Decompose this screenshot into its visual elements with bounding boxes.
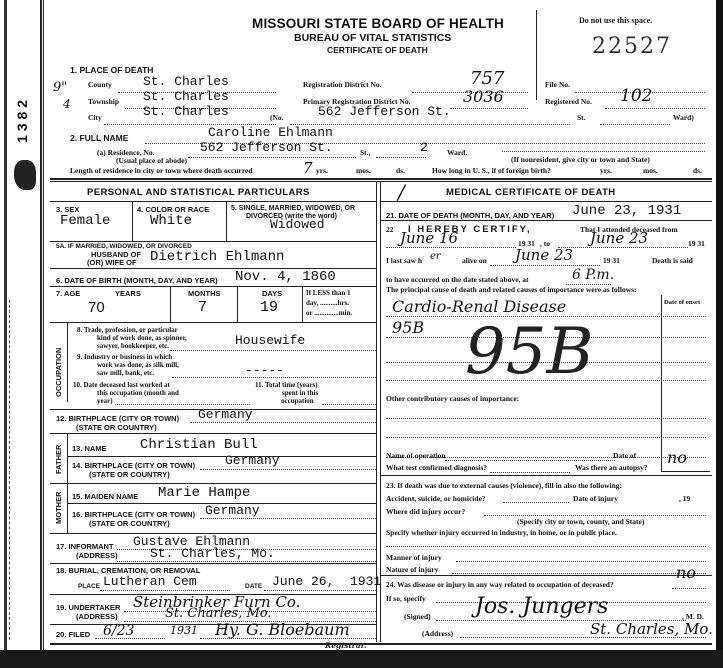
age-years-label: YEARS [115,289,141,298]
form-subtitle: BUREAU OF VITAL STATISTICS [294,32,451,44]
scan-bottom-edge [0,650,723,668]
last-worked-label-3: year) [97,397,113,405]
registered-no-label: Registered No. [545,97,592,106]
full-name-label: 2. FULL NAME [70,133,128,143]
age-days-label: DAYS [262,289,282,298]
form-left-border-inner [43,0,44,650]
occurred-label: to have occurred on the date stated abov… [386,275,529,284]
nature-label: Nature of injury [386,565,438,574]
alive-on-label: alive on [462,256,487,265]
form-name: CERTIFICATE OF DEATH [327,45,428,55]
where-injury-label: Where did injury occur? [386,507,465,516]
age-months-field[interactable]: 7 [198,299,207,316]
burial-date-label: DATE [245,583,262,590]
color-field[interactable]: White [150,213,192,229]
trade-field[interactable]: Housewife [235,333,305,348]
father-side-label: FATHER [54,438,63,480]
mother-name-label: 15. MAIDEN NAME [72,492,138,501]
form-left-border [40,0,42,650]
filed-date-field[interactable]: 6/23 [103,623,134,639]
total-time-label-3: occupation [281,397,314,405]
personal-section-title: PERSONAL AND STATISTICAL PARTICULARS [87,187,310,198]
last-saw-pronoun[interactable]: er [430,251,441,262]
last-saw-label: I last saw h [386,256,422,265]
medical-section-title: MEDICAL CERTIFICATE OF DEATH [446,187,616,198]
margin-edge-line [4,0,7,650]
physician-address-field[interactable]: St. Charles, Mo. [590,620,713,638]
cause-code-large: 95B [465,320,593,384]
test-label: What test confirmed diagnosis? [386,463,487,472]
us-yrs-label: yrs. [600,166,612,175]
date-of-death-field[interactable]: June 23, 1931 [572,203,681,219]
birthplace-field[interactable]: Germany [198,407,253,422]
attended-from-field[interactable]: June 16 [400,229,458,247]
occupation-side-label: OCCUPATION [54,332,63,412]
header-bottom-rule [50,178,712,180]
last-worked-label: 10. Date deceased last worked at [73,381,170,389]
mother-side-label: MOTHER [54,485,63,531]
industry-label: 9. Industry or business in which [77,353,172,361]
do-not-use-note: Do not use this space. [579,16,652,25]
injury-place-note: Specify whether injury occurred in indus… [386,528,617,537]
total-time-label-2: spent in this [282,389,318,397]
form-bottom-rule [50,643,712,645]
length-ds-label: ds. [396,166,405,175]
margin-faded-text [9,300,11,640]
binding-margin: 1 3 8 2 [0,0,40,650]
burial-place-field[interactable]: Lutheran Cem [103,574,197,589]
autopsy-label: Was there an autopsy? [575,463,648,472]
injury-year-label: , 19 [679,494,690,503]
onset-column [661,295,710,472]
scan-right-edge [716,0,723,668]
county-field[interactable]: St. Charles [143,74,229,89]
father-name-label: 13. NAME [72,444,107,453]
registration-district-field[interactable]: 757 [470,68,504,89]
undertaker-sublabel: (ADDRESS) [76,612,118,621]
less-hours-label: day, ..........hrs. [306,299,349,307]
age-label: 7. AGE [56,289,80,298]
industry-field[interactable]: ----- [245,363,284,378]
father-name-field[interactable]: Christian Bull [140,437,258,453]
less-than-label: If LESS than 1 [306,289,351,297]
injury-date-label: Date of injury [573,494,618,503]
less-minutes-label: or ..............min. [306,309,352,317]
dob-label: 6. DATE OF BIRTH (MONTH, DAY, AND YEAR) [56,276,218,285]
father-birthplace-label: 14. BIRTHPLACE (CITY OR TOWN) [72,461,195,470]
autopsy-field[interactable]: no [667,448,687,467]
residence-ward-label: Ward. [447,148,467,157]
alive-on-year: 19 31 [603,256,620,265]
township-label: Township [88,97,119,106]
spouse-wife-label: (OR) WIFE OF [87,258,137,267]
cause-code-small: 95B [392,318,424,337]
us-mos-label: mos. [643,166,658,175]
sex-field[interactable]: Female [60,213,110,229]
date-of-death-label: 21. DATE OF DEATH (MONTH, DAY, AND YEAR) [386,211,554,220]
county-label: County [88,80,112,89]
filed-label: 20. FILED [56,630,90,639]
residence-sublabel: (Usual place of abode) [116,156,187,165]
certify-number: 22 [386,225,394,234]
contributory-label: Other contributory causes of importance: [386,394,519,403]
file-no-label: File No. [545,80,570,89]
undertaker-address-field[interactable]: St. Charles, Mo. [165,606,272,621]
last-worked-label-2: this occupation (month and [97,389,179,397]
length-mos-label: mos. [356,166,371,175]
birthplace-label: 12. BIRTHPLACE (CITY OR TOWN) [56,414,179,423]
age-days-field[interactable]: 19 [260,299,278,316]
mother-name-field[interactable]: Marie Hampe [158,485,250,501]
manner-label: Manner of injury [386,553,442,562]
father-birthplace-field[interactable]: Germany [225,453,280,468]
residence-field[interactable]: 562 Jefferson St. [200,140,333,155]
mother-birthplace-label: 16. BIRTHPLACE (CITY OR TOWN) [72,510,195,519]
primary-registration-label: Primary Registration District No. [303,97,410,106]
place-of-death-label: 1. PLACE OF DEATH [70,65,153,75]
length-yrs-label: yrs. [316,166,328,175]
marital-field[interactable]: Widowed [270,217,325,232]
length-years-field[interactable]: 7 [303,159,313,177]
mother-birthplace-sublabel: (STATE OR COUNTRY) [89,519,170,528]
age-months-label: MONTHS [188,289,221,298]
street-st-label: St. [577,113,586,122]
spouse-field[interactable]: Dietrich Ehlmann [150,249,284,265]
informant-address-field[interactable]: St. Charles, Mo. [150,546,275,561]
death-said-label: Death is said [652,256,693,265]
mother-birthplace-field[interactable]: Germany [205,503,260,518]
accident-label: Accident, suicide, or homicide? [386,494,486,503]
registered-no-field[interactable]: 102 [620,86,652,106]
address-label: (Address) [422,629,453,638]
township-field[interactable]: St. Charles [143,89,229,104]
margin-stamp: 1 3 8 2 [14,100,34,143]
principal-cause-label: The principal cause of death and related… [386,285,637,294]
marital-label: 5. SINGLE, MARRIED, WIDOWED, OR [231,205,355,212]
residence-st-label: St., [360,148,370,157]
father-birthplace-sublabel: (STATE OR COUNTRY) [89,470,170,479]
certificate-number: 22527 [592,34,672,59]
us-duration-label: How long in U. S., if of foreign birth? [432,166,551,175]
industry-label-3: saw mill, bank, etc. [97,369,154,377]
length-residence-label: Length of residence in city or town wher… [70,166,253,175]
us-ds-label: ds. [693,166,702,175]
nonresident-note: (If nonresident, give city or town and S… [511,155,650,164]
city-label: City [88,113,102,122]
operation-date-label: Date of [613,451,636,460]
street-no-label: (No. [270,113,284,122]
street-address-field[interactable]: 562 Jefferson St. [318,104,451,119]
margin-note-2: 4 [63,97,71,111]
occupation-related-label: 24. Was disease or injury in any way rel… [386,580,614,589]
total-time-label: 11. Total time (years) [255,381,318,389]
attended-to-field[interactable]: June 23 [590,229,648,247]
header-divider [536,10,537,100]
city-field[interactable]: St. Charles [143,104,229,119]
column-divider [376,182,377,642]
attended-to-year: 19 31 [688,239,705,248]
dob-field[interactable]: Nov. 4, 1860 [235,269,336,285]
filed-year-field[interactable]: 1931 [170,624,198,637]
informant-label: 17. INFORMANT [56,542,114,551]
operation-label: Name of operation [386,451,446,460]
industry-label-2: work was done, as silk mill, [97,361,179,369]
full-name-field[interactable]: Caroline Ehlmann [208,125,333,140]
physician-signature: Jos. Jungers [475,594,608,619]
birthplace-sublabel: (STATE OR COUNTRY) [76,423,157,432]
undertaker-label: 19. UNDERTAKER [56,603,120,612]
registration-district-label: Registration District No. [303,80,382,89]
external-causes-label: 23. If death was due to external causes … [386,481,622,490]
informant-sublabel: (ADDRESS) [76,551,118,560]
registrar-signature: Hy. G. Bloebaum [215,620,350,639]
time-of-death-field[interactable]: 6 P.m. [572,267,614,283]
burial-place-label: PLACE [78,583,100,590]
trade-label-3: sawyer, bookkeeper, etc. [97,342,169,350]
trade-label: 8. Trade, profession, or particular [77,326,178,334]
where-injury-note: (Specify city or town, county, and State… [517,517,644,526]
margin-ink-blot [14,160,36,190]
age-years-field[interactable]: 70 [88,299,105,316]
alive-on-field[interactable]: June 23 [515,246,573,264]
if-so-label: If so, specify [386,594,426,603]
trade-label-2: kind of work done, as spinner, [97,334,187,342]
primary-registration-field[interactable]: 3036 [463,87,504,106]
street-ward-label: Ward) [673,113,694,122]
occupation-related-field[interactable]: no [676,563,696,582]
residence-ward-field[interactable]: 2 [420,140,428,155]
burial-date-field[interactable]: June 26, [272,574,334,589]
signed-label: (Signed) [404,612,431,621]
burial-year-field[interactable]: 1931 [350,574,381,589]
margin-note-1: 9" [53,80,67,95]
onset-label: Date of onset [664,299,700,306]
form-title: MISSOURI STATE BOARD OF HEALTH [252,16,504,31]
principal-cause-field[interactable]: Cardio-Renal Disease [392,297,566,316]
